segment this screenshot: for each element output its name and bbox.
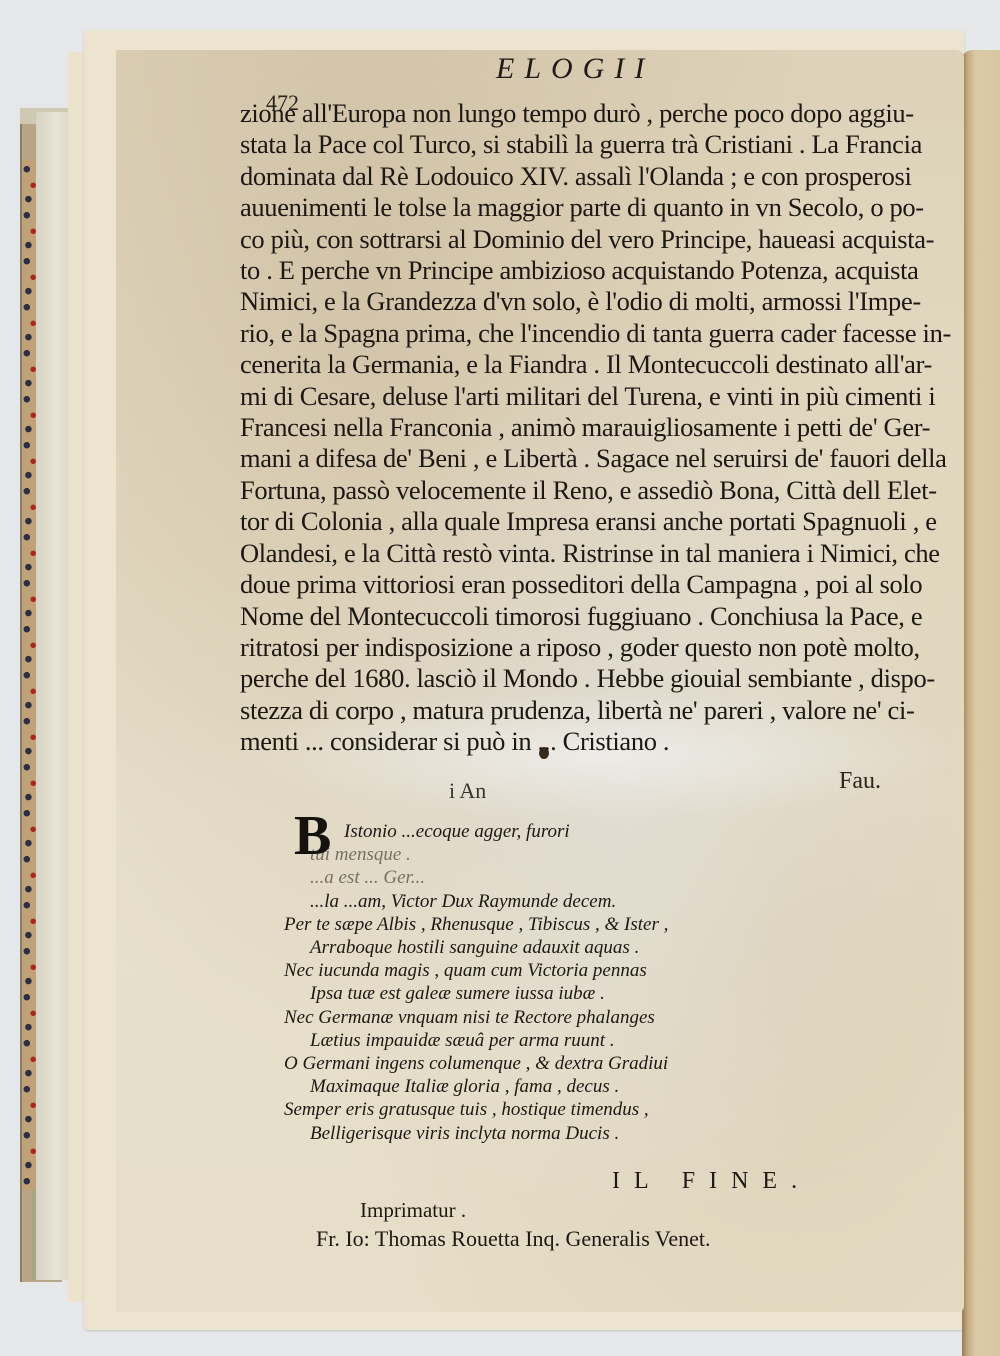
prose-line: stezza di corpo , matura prudenza, liber… (240, 695, 960, 726)
prose-line: tor di Colonia , alla quale Impresa eran… (240, 506, 960, 537)
prose-line: mani a difesa de' Beni , e Libertà . Sag… (240, 443, 960, 474)
verse-line: Istonio ...ecoque agger, furori (284, 820, 764, 843)
verse-line: Belligerisque viris inclyta norma Ducis … (284, 1122, 764, 1145)
prose-line: doue prima vittoriosi eran posseditori d… (240, 569, 960, 600)
verse-line: Nec iucunda magis , quam cum Victoria pe… (284, 959, 764, 982)
prose-line: mi di Cesare, deluse l'arti militari del… (240, 381, 960, 412)
prose-line: perche del 1680. lasciò il Mondo . Hebbe… (240, 663, 960, 694)
verse-line: Per te sæpe Albis , Rhenusque , Tibiscus… (284, 913, 764, 936)
prose-line: Nome del Montecuccoli timorosi fuggiuano… (240, 601, 960, 632)
verse-line: Maximaque Italiæ gloria , fama , decus . (284, 1075, 764, 1098)
verse-line: Arraboque hostili sanguine adauxit aquas… (284, 936, 764, 959)
prose-line: Fortuna, passò velocemente il Reno, e as… (240, 475, 960, 506)
imprimatur-label: Imprimatur . (360, 1198, 466, 1223)
prose-line: auuenimenti le tolse la maggior parte di… (240, 192, 960, 223)
prose-line: to . E perche vn Principe ambizioso acqu… (240, 255, 960, 286)
verse-line: Nec Germanæ vnquam nisi te Rectore phala… (284, 1006, 764, 1029)
the-end-heading: IL FINE. (612, 1168, 811, 1195)
signature-fragment-left: i An (449, 778, 486, 804)
book-page: ELOGII 472 zione all'Europa non lungo te… (116, 50, 964, 1312)
prose-line: co più, con sottrarsi al Dominio del ver… (240, 224, 960, 255)
prose-line: Olandesi, e la Città restò vinta. Ristri… (240, 538, 960, 569)
latin-epigram: Istonio ...ecoque agger, furoritui mensq… (284, 820, 764, 1145)
prose-line: ritratosi per indisposizione a riposo , … (240, 632, 960, 663)
prose-body: zione all'Europa non lungo tempo durò , … (240, 98, 960, 758)
prose-line: rio, e la Spagna prima, che l'incendio d… (240, 318, 960, 349)
verse-line: Ipsa tuæ est galeæ sumere iussa iubæ . (284, 982, 764, 1005)
prose-line: Nimici, e la Grandezza d'vn solo, è l'od… (240, 286, 960, 317)
verse-line: Semper eris gratusque tuis , hostique ti… (284, 1098, 764, 1121)
prose-line: Francesi nella Franconia , animò marauig… (240, 412, 960, 443)
prose-line: stata la Pace col Turco, si stabilì la g… (240, 129, 960, 160)
verse-line: tui mensque . (284, 843, 764, 866)
running-head: ELOGII (496, 52, 654, 86)
facing-page-edge (962, 50, 1000, 1356)
prose-line: zione all'Europa non lungo tempo durò , … (240, 98, 960, 129)
prose-line: menti ... considerar si può in ... Crist… (240, 726, 960, 757)
prose-line: dominata dal Rè Lodouico XIV. assalì l'O… (240, 161, 960, 192)
signature-fragment-right: Fau. (839, 768, 881, 795)
verse-line: O Germani ingens columenque , & dextra G… (284, 1052, 764, 1075)
verse-line: Lætius impauidæ sæuâ per arma ruunt . (284, 1029, 764, 1052)
prose-line: cenerita la Germania, e la Fiandra . Il … (240, 349, 960, 380)
verse-line: ...la ...am, Victor Dux Raymunde decem. (284, 890, 764, 913)
verse-line: ...a est ... Ger... (284, 866, 764, 889)
inquisitor-approval: Fr. Io: Thomas Rouetta Inq. Generalis Ve… (316, 1226, 711, 1252)
